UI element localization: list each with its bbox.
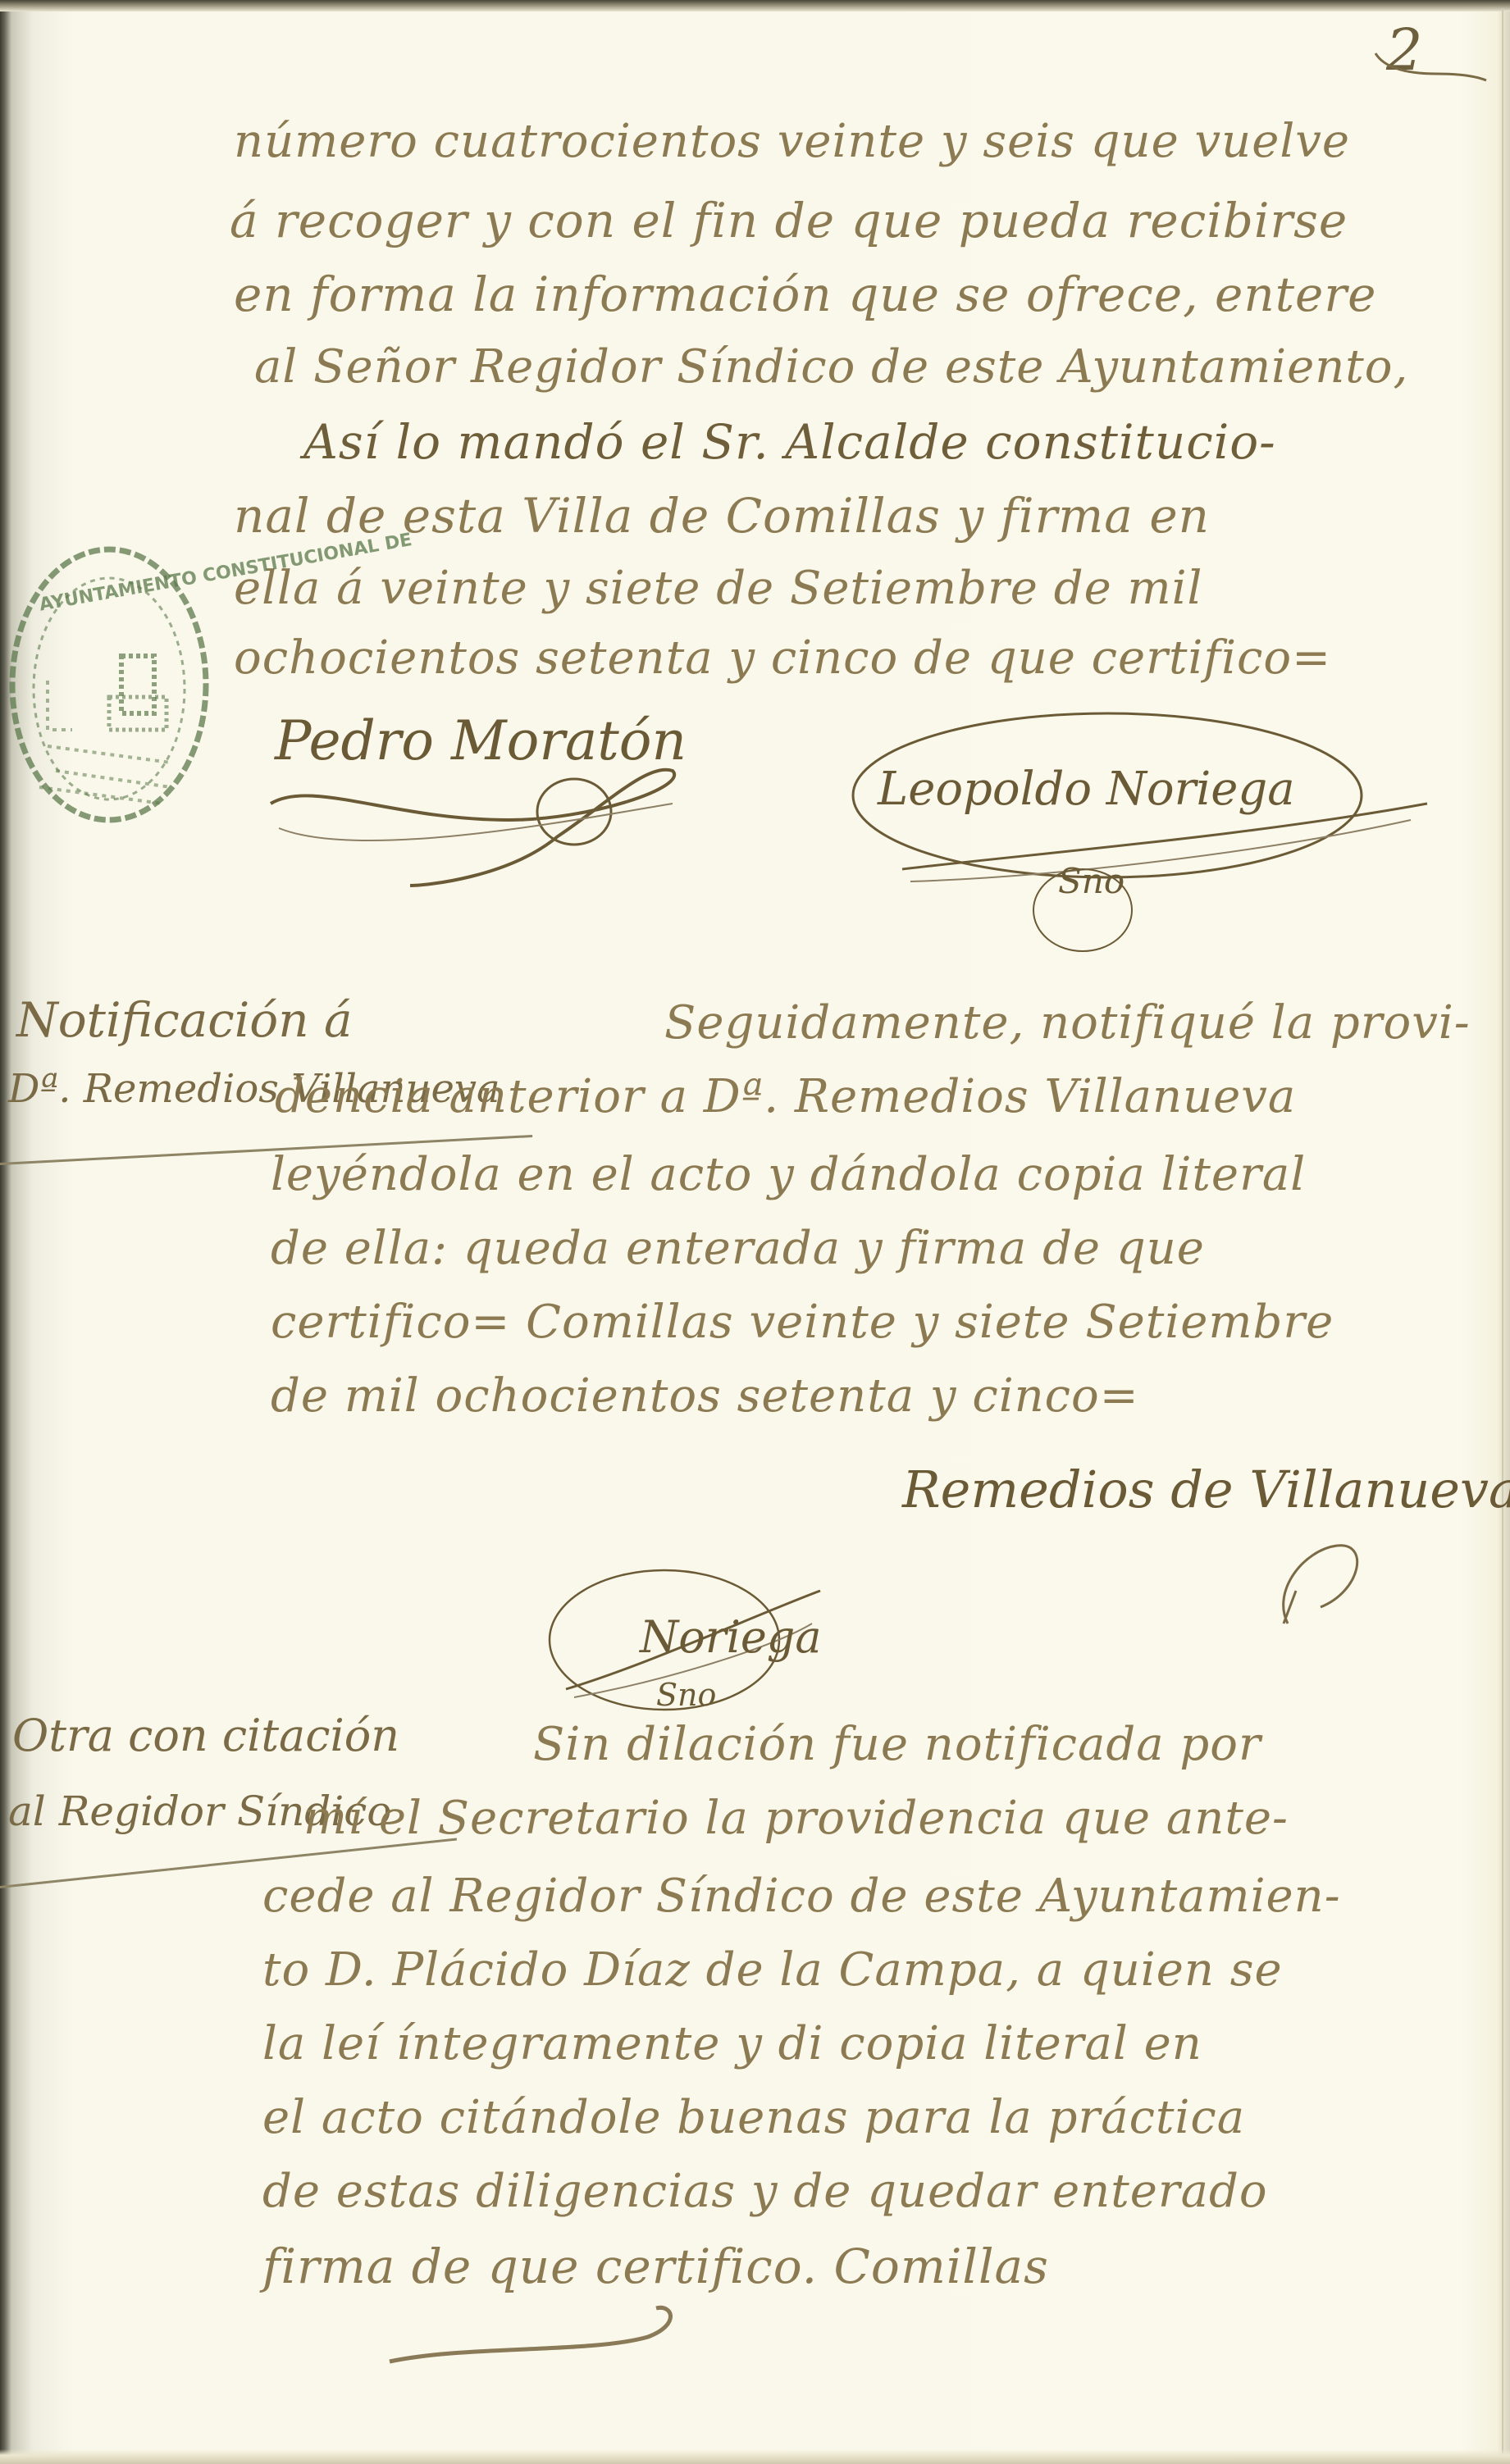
text-line: el acto citándole buenas para la práctic… <box>262 2091 1245 2144</box>
text-line: Seguidamente, notifiqué la provi- <box>664 996 1471 1050</box>
notary-signature-oval-icon <box>837 705 1427 935</box>
signature-leopoldo-noriega: Leopoldo Noriega <box>878 763 1295 816</box>
notary-title: Sno <box>656 1677 716 1713</box>
text-line: cede al Regidor Síndico de este Ayuntami… <box>262 1870 1341 1923</box>
text-line: de ella: queda enterada y firma de que <box>271 1222 1205 1275</box>
municipal-seal-icon: AYUNTAMIENTO CONSTITUCIONAL DE <box>7 541 212 836</box>
text-line: ochocientos setenta y cinco de que certi… <box>234 631 1331 685</box>
margin-note-notificacion: Notificación á <box>16 992 353 1048</box>
notary-title: Sno <box>1058 861 1125 901</box>
signature-rubric-icon <box>1271 1542 1370 1632</box>
text-line: firma de que certifico. Comillas <box>262 2239 1049 2294</box>
text-line: leyéndola en el acto y dándola copia lit… <box>271 1148 1306 1201</box>
text-line: to D. Plácido Díaz de la Campa, a quien … <box>262 1943 1283 1997</box>
text-line: Así lo mandó el Sr. Alcalde constitucio- <box>303 414 1276 470</box>
text-line: número cuatrocientos veinte y seis que v… <box>234 115 1350 168</box>
text-line: ella á veinte y siete de Setiembre de mi… <box>234 562 1202 615</box>
signature-noriega: Noriega <box>640 1611 822 1663</box>
page-top-edge <box>0 0 1510 11</box>
margin-note-otra-citacion: Otra con citación <box>12 1710 399 1761</box>
text-line: dencia anterior a Dª. Remedios Villanuev… <box>275 1070 1296 1123</box>
text-line: al Señor Regidor Síndico de este Ayuntam… <box>254 340 1408 394</box>
text-line: certifico= Comillas veinte y siete Setie… <box>271 1296 1334 1349</box>
page-right-edge <box>1502 8 1503 2460</box>
text-line: á recoger y con el fin de que pueda reci… <box>230 193 1348 248</box>
signature-flourish-icon <box>262 771 722 894</box>
page-bottom-edge <box>0 2449 1510 2464</box>
text-line: Sin dilación fue notificada por <box>533 1718 1261 1771</box>
page-number-flourish-icon <box>1371 49 1494 82</box>
closing-flourish-icon <box>385 2304 697 2370</box>
signature-pedro-moraton: Pedro Moratón <box>275 709 687 772</box>
manuscript-page: 2 número cuatrocientos veinte y seis que… <box>0 0 1510 2464</box>
text-line: la leí íntegramente y di copia literal e… <box>262 2017 1202 2070</box>
signature-remedios-villanueva: Remedios de Villanueva <box>902 1460 1510 1519</box>
text-line: mí el Secretario la providencia que ante… <box>303 1792 1289 1845</box>
text-line: de mil ochocientos setenta y cinco= <box>271 1369 1139 1423</box>
text-line: en forma la información que se ofrece, e… <box>234 266 1376 322</box>
text-line: de estas diligencias y de quedar enterad… <box>262 2165 1268 2218</box>
